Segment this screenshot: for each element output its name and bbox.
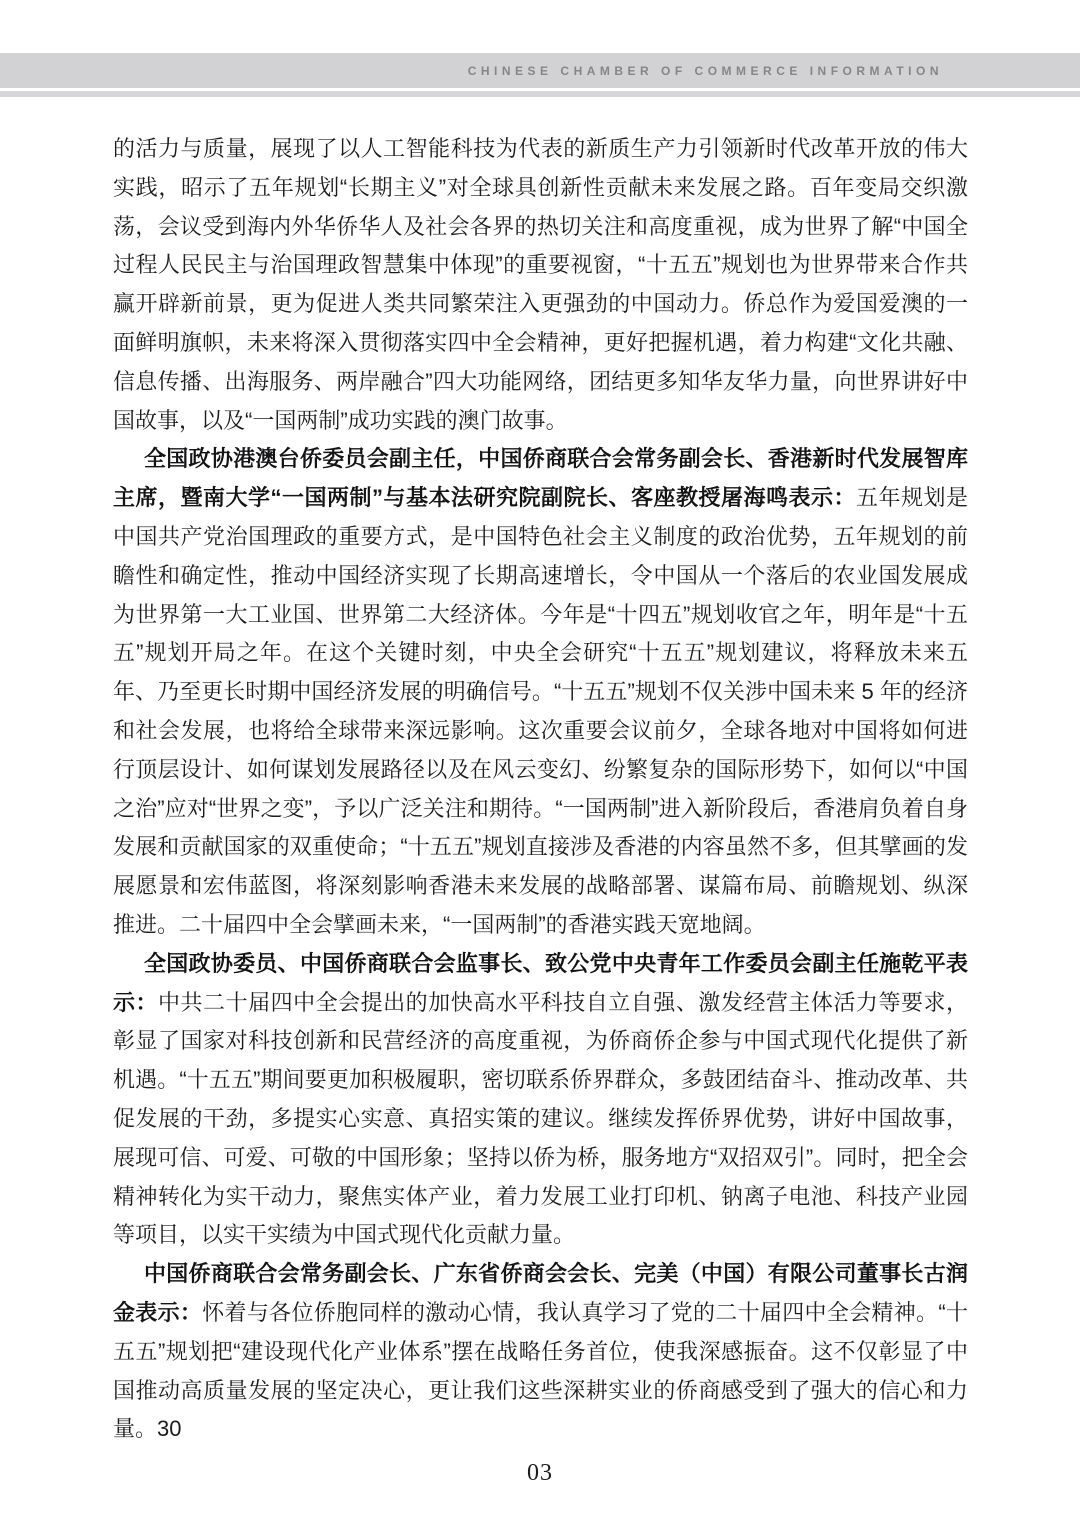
header-rule — [0, 91, 1080, 97]
paragraph-text: 怀着与各位侨胞同样的激动心情，我认真学习了党的二十届四中全会精神。“十五五”规划… — [113, 1300, 968, 1441]
article-body: 的活力与质量，展现了以人工智能科技为代表的新质生产力引领新时代改革开放的伟大实践… — [113, 130, 968, 1449]
header-bar: CHINESE CHAMBER OF COMMERCE INFORMATION — [0, 53, 1080, 88]
journal-header-title: CHINESE CHAMBER OF COMMERCE INFORMATION — [468, 64, 943, 78]
page-number: 03 — [0, 1460, 1080, 1487]
paragraph-text: 五年规划是中国共产党治国理政的重要方式，是中国特色社会主义制度的政治优势，五年规… — [113, 485, 968, 937]
paragraph-speaker-2: 全国政协委员、中国侨商联合会监事长、致公党中央青年工作委员会副主任施乾平表示：中… — [113, 945, 968, 1255]
paragraph-text: 的活力与质量，展现了以人工智能科技为代表的新质生产力引领新时代改革开放的伟大实践… — [113, 136, 968, 433]
speaker-attribution-1: 全国政协港澳台侨委员会副主任，中国侨商联合会常务副会长、香港新时代发展智库主席，… — [113, 446, 968, 510]
document-page: CHINESE CHAMBER OF COMMERCE INFORMATION … — [0, 0, 1080, 1525]
paragraph-intro: 的活力与质量，展现了以人工智能科技为代表的新质生产力引领新时代改革开放的伟大实践… — [113, 130, 968, 440]
paragraph-speaker-3: 中国侨商联合会常务副会长、广东省侨商会会长、完美（中国）有限公司董事长古润金表示… — [113, 1255, 968, 1449]
paragraph-text: 中共二十届四中全会提出的加快高水平科技自立自强、激发经营主体活力等要求，彰显了国… — [113, 990, 968, 1248]
paragraph-speaker-1: 全国政协港澳台侨委员会副主任，中国侨商联合会常务副会长、香港新时代发展智库主席，… — [113, 440, 968, 944]
